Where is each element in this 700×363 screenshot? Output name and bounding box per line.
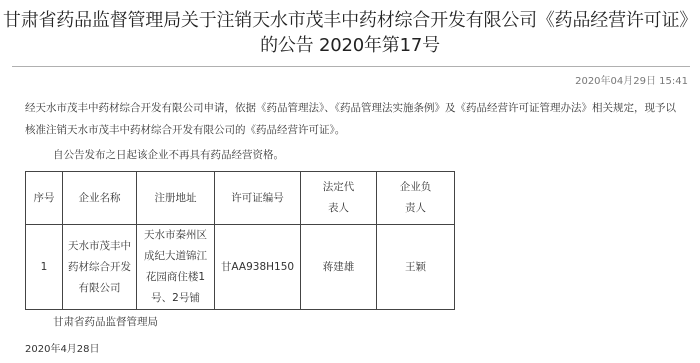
header-legal-rep-line2: 表人 [328, 202, 349, 214]
license-table: 序号 企业名称 注册地址 许可证编号 法定代 表人 企业负 责人 1 天水市茂丰… [25, 171, 455, 310]
header-company: 企业名称 [63, 172, 137, 225]
cell-company: 天水市茂丰中药材综合开发有限公司 [63, 225, 137, 310]
issue-date: 2020年4月28日 [25, 340, 100, 355]
announcement-paragraph-2: 自公告发布之日起该企业不再具有药品经营资格。 [53, 144, 700, 166]
cell-license-no: 甘AA938H150 [215, 225, 301, 310]
page-title-line2: 的公告 2020年第17号 [0, 33, 700, 59]
cell-legal-rep: 蒋建雄 [301, 225, 377, 310]
page-title-line1: 甘肃省药品监督管理局关于注销天水市茂丰中药材综合开发有限公司《药品经营许可证》 [0, 8, 700, 34]
header-index: 序号 [26, 172, 63, 225]
cell-index: 1 [26, 225, 63, 310]
title-divider [12, 66, 690, 67]
publish-time: 2020年04月29日 15:41 [575, 72, 688, 87]
announcement-paragraph-1: 经天水市茂丰中药材综合开发有限公司申请，依据《药品管理法》、《药品管理法实施条例… [25, 97, 685, 141]
header-license-no: 许可证编号 [215, 172, 301, 225]
table-row: 1 天水市茂丰中药材综合开发有限公司 天水市秦州区成纪大道锦江花园商住楼1号、2… [26, 225, 455, 310]
header-manager-line1: 企业负 [400, 181, 432, 193]
cell-address: 天水市秦州区成纪大道锦江花园商住楼1号、2号铺 [137, 225, 215, 310]
cell-manager: 王颖 [377, 225, 455, 310]
header-legal-rep-line1: 法定代 [323, 181, 355, 193]
issuer-signature: 甘肃省药品监督管理局 [53, 314, 158, 329]
header-manager: 企业负 责人 [377, 172, 455, 225]
header-manager-line2: 责人 [405, 202, 426, 214]
table-header-row: 序号 企业名称 注册地址 许可证编号 法定代 表人 企业负 责人 [26, 172, 455, 225]
header-address: 注册地址 [137, 172, 215, 225]
header-legal-rep: 法定代 表人 [301, 172, 377, 225]
